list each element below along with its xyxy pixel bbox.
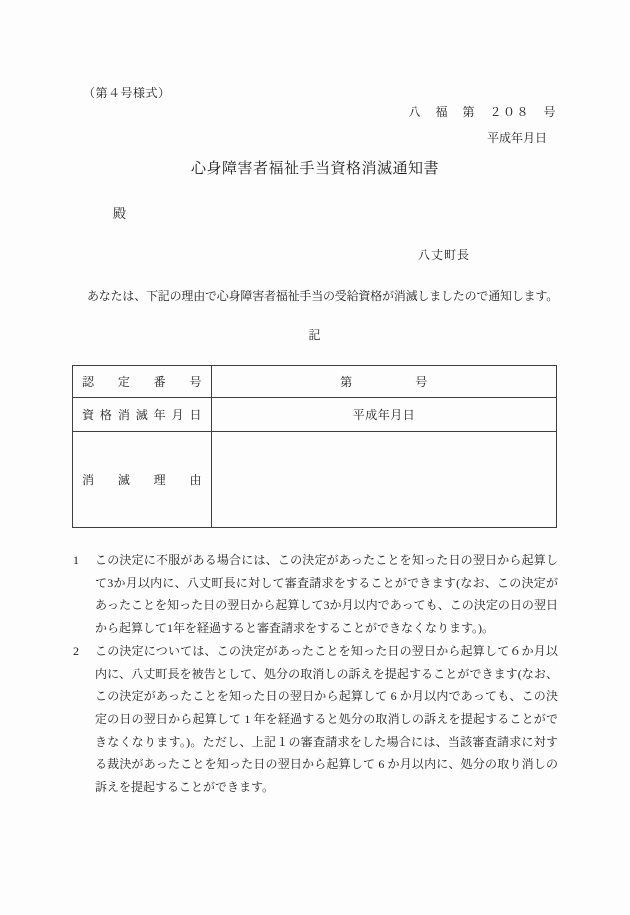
table-row: 資格消滅年月日 平成年月日 (73, 398, 556, 432)
note-text: この決定については、この決定があったことを知った日の翌日から起算して６か月以内に… (95, 644, 558, 794)
note-item-1: 1 この決定に不服がある場合には、この決定があったことを知った日の翌日から起算し… (73, 549, 558, 640)
issue-date: 平成年月日 (408, 129, 547, 146)
note-text: この決定に不服がある場合には、この決定があったことを知った日の翌日から起算して3… (95, 553, 558, 635)
note-number: 1 (73, 549, 79, 572)
table-row: 消滅理由 (73, 432, 556, 527)
document-page: （第４号様式） 八 福 第 ２０８ 号 平成年月日 心身障害者福祉手当資格消滅通… (0, 0, 630, 915)
table-row: 認定番号 第 号 (73, 366, 556, 398)
note-item-2: 2 この決定については、この決定があったことを知った日の翌日から起算して６か月以… (73, 640, 558, 799)
row-value-loss-reason (212, 432, 556, 527)
row-value-loss-date: 平成年月日 (212, 398, 556, 431)
issuer-name: 八丈町長 (418, 246, 470, 263)
row-value-certification-number: 第 号 (212, 366, 556, 397)
addressee-honorific: 殿 (113, 203, 126, 222)
document-header-right: 八 福 第 ２０８ 号 平成年月日 (408, 103, 557, 146)
appeal-notes: 1 この決定に不服がある場合には、この決定があったことを知った日の翌日から起算し… (73, 549, 558, 799)
row-label-loss-reason: 消滅理由 (73, 432, 212, 527)
record-marker: 記 (0, 326, 630, 343)
row-label-certification-number: 認定番号 (73, 366, 212, 397)
form-code: （第４号様式） (83, 84, 171, 101)
notification-body: あなたは、下記の理由で心身障害者福祉手当の受給資格が消滅しましたので通知します。 (87, 287, 558, 304)
document-number: 八 福 第 ２０８ 号 (408, 103, 557, 120)
page-title: 心身障害者福祉手当資格消滅通知書 (0, 157, 630, 178)
certification-table: 認定番号 第 号 資格消滅年月日 平成年月日 消滅理由 (72, 365, 557, 528)
note-number: 2 (73, 640, 79, 663)
row-label-loss-date: 資格消滅年月日 (73, 398, 212, 431)
